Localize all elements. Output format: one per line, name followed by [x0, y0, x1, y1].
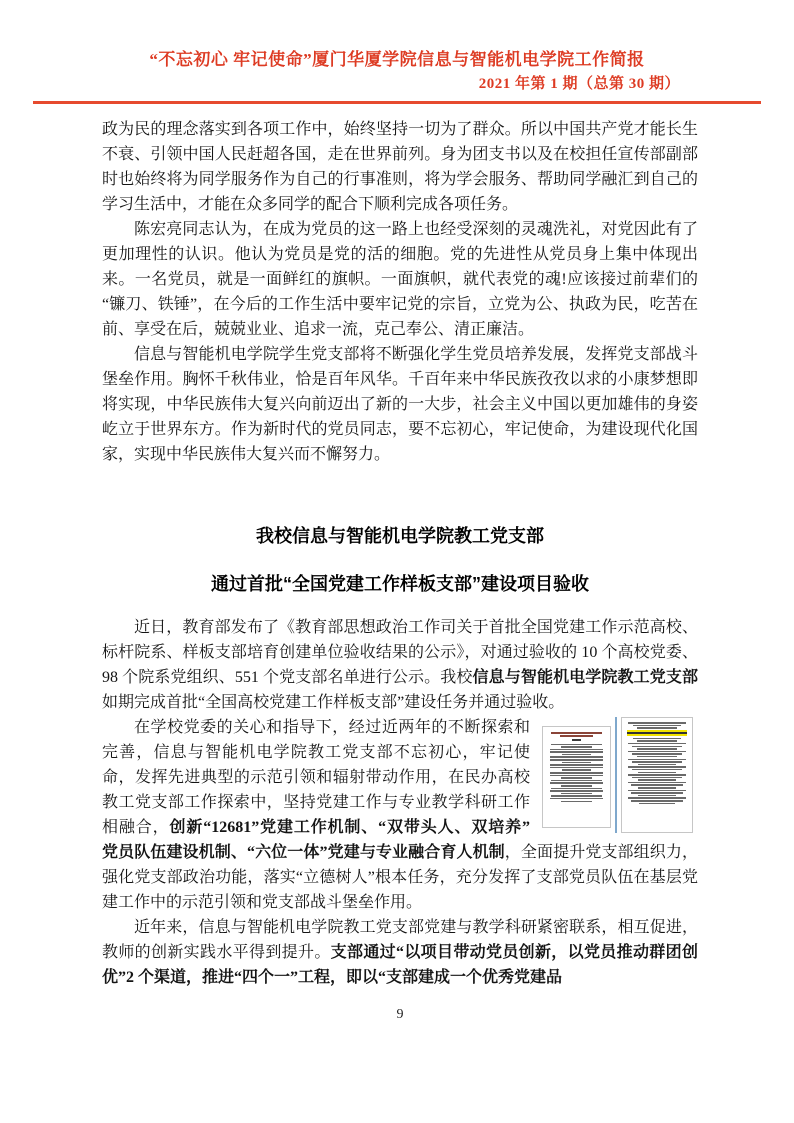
bulletin-header: “不忘初心 牢记使命”厦门华厦学院信息与智能机电学院工作简报 2021 年第 1… — [0, 0, 794, 104]
figure-divider — [615, 717, 617, 833]
header-rule — [33, 101, 761, 104]
article-heading-line1: 我校信息与智能机电学院教工党支部 — [102, 523, 698, 549]
article-heading: 我校信息与智能机电学院教工党支部 通过首批“全国党建工作样板支部”建设项目验收 — [102, 523, 698, 597]
figure-title-bar — [560, 735, 593, 737]
paragraph-recent-years: 近年来，信息与智能机电学院教工党支部党建与教学科研紧密联系，相互促进，教师的创新… — [102, 915, 698, 990]
bulletin-issue-number: 2021 年第 1 期（总第 30 期） — [0, 74, 794, 95]
announcement-text-post: 如期完成首批“全国高校党建工作样板支部”建设任务并通过验收。 — [102, 694, 564, 711]
paragraph-mechanism: 在学校党委的关心和指导下，经过近两年的不断探索和完善，信息与智能机电学院教工党支… — [102, 715, 698, 915]
bulletin-title: “不忘初心 牢记使命”厦门华厦学院信息与智能机电学院工作简报 — [0, 48, 794, 72]
page-number: 9 — [102, 1002, 698, 1027]
announcement-text-bold: 信息与智能机电学院教工党支部 — [473, 669, 698, 686]
announcement-list-image — [542, 717, 698, 835]
paragraph-chen-hongliang: 陈宏亮同志认为，在成为党员的这一路上也经受深刻的灵魂洗礼，对党因此有了更加理性的… — [102, 217, 698, 342]
paragraph-student-branch: 信息与智能机电学院学生党支部将不断强化学生党员培养发展，发挥党支部战斗堡垒作用。… — [102, 342, 698, 467]
figure-right-rows — [626, 722, 688, 804]
article-heading-line2: 通过首批“全国党建工作样板支部”建设项目验收 — [102, 571, 698, 597]
figure-title-bar — [551, 732, 602, 734]
document-body: 政为民的理念落实到各项工作中，始终坚持一切为了群众。所以中国共产党才能长生不衰、… — [102, 117, 698, 1027]
figure-table-header-bar — [572, 739, 581, 741]
announcement-page-left — [542, 726, 611, 828]
announcement-page-right — [621, 717, 693, 833]
figure-left-rows — [547, 744, 606, 803]
bulletin-page: “不忘初心 牢记使命”厦门华厦学院信息与智能机电学院工作简报 2021 年第 1… — [0, 0, 794, 1123]
paragraph-continuation: 政为民的理念落实到各项工作中，始终坚持一切为了群众。所以中国共产党才能长生不衰、… — [102, 117, 698, 217]
paragraph-announcement: 近日，教育部发布了《教育部思想政治工作司关于首批全国党建工作示范高校、标杆院系、… — [102, 615, 698, 715]
